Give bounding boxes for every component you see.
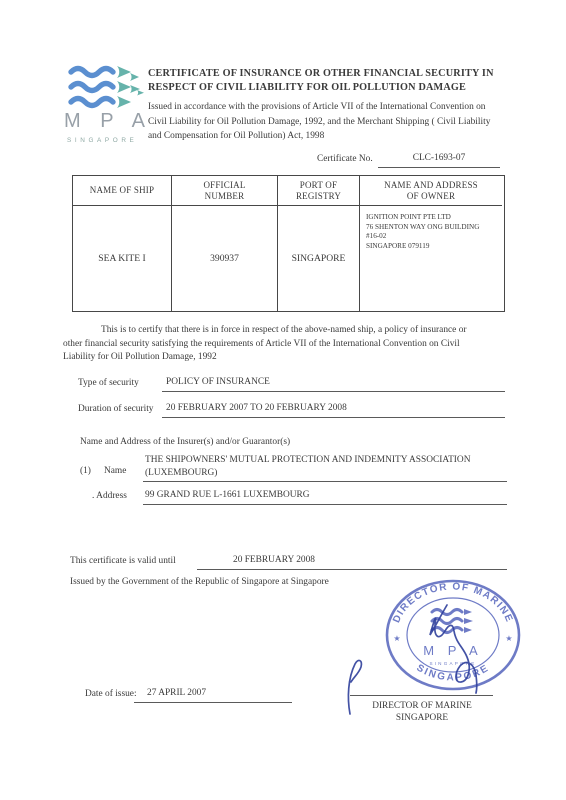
duration-of-security-label: Duration of security (78, 404, 154, 414)
cell-owner-address: IGNITION POINT PTE LTD 76 SHENTON WAY ON… (360, 206, 502, 311)
insurer-name-value: THE SHIPOWNERS' MUTUAL PROTECTION AND IN… (145, 454, 507, 480)
certificate-page: M P A SINGAPORE CERTIFICATE OF INSURANCE… (0, 0, 566, 800)
insurer-address-label: . Address (92, 491, 127, 501)
mpa-logo-text: M P A (64, 110, 152, 133)
insurer-heading: Name and Address of the Insurer(s) and/o… (80, 437, 290, 447)
valid-until-underline (197, 569, 507, 570)
certificate-no-label: Certificate No. (317, 154, 373, 164)
stamp-star-right-icon: ★ (505, 634, 512, 643)
certificate-no-value: CLC-1693-07 (378, 153, 500, 163)
cell-official-number: 390937 (172, 206, 278, 311)
certify-paragraph: This is to certify that there is in forc… (63, 324, 510, 365)
certificate-title: CERTIFICATE OF INSURANCE OR OTHER FINANC… (148, 67, 510, 95)
duration-of-security-value: 20 FEBRUARY 2007 TO 20 FEBRUARY 2008 (166, 403, 347, 413)
insurer-name-underline (143, 481, 507, 482)
table-row: SEA KITE I 390937 SINGAPORE IGNITION POI… (73, 206, 504, 311)
col-header-official-number: OFFICIAL NUMBER (172, 176, 278, 206)
signature-scribble (335, 583, 505, 723)
col-header-name-of-ship: NAME OF SHIP (73, 176, 172, 206)
type-of-security-underline (162, 391, 505, 392)
valid-until-label: This certificate is valid until (70, 556, 176, 566)
duration-of-security-underline (162, 417, 505, 418)
mpa-waves-logo-icon (66, 63, 144, 113)
ship-details-table: NAME OF SHIP OFFICIAL NUMBER PORT OF REG… (72, 175, 505, 312)
valid-until-value: 20 FEBRUARY 2008 (233, 555, 315, 565)
date-of-issue-label: Date of issue: (85, 689, 137, 699)
insurer-name-label: Name (104, 466, 126, 476)
insurer-address-underline (143, 504, 507, 505)
col-header-owner: NAME AND ADDRESS OF OWNER (360, 176, 502, 206)
col-header-port-of-registry: PORT OF REGISTRY (278, 176, 360, 206)
cell-port-of-registry: SINGAPORE (278, 206, 360, 311)
table-header-row: NAME OF SHIP OFFICIAL NUMBER PORT OF REG… (73, 176, 504, 206)
issued-by-text: Issued by the Government of the Republic… (70, 577, 329, 587)
type-of-security-label: Type of security (78, 378, 139, 388)
insurer-address-value: 99 GRAND RUE L-1661 LUXEMBOURG (145, 490, 310, 500)
insurer-index: (1) (80, 466, 91, 476)
type-of-security-value: POLICY OF INSURANCE (166, 377, 270, 387)
certificate-no-underline (378, 167, 500, 168)
date-of-issue-value: 27 APRIL 2007 (147, 688, 206, 698)
certificate-subtitle: Issued in accordance with the provisions… (148, 100, 510, 144)
mpa-logo-singapore-text: SINGAPORE (67, 137, 137, 144)
cell-ship-name: SEA KITE I (73, 206, 172, 311)
date-of-issue-underline (134, 702, 292, 703)
